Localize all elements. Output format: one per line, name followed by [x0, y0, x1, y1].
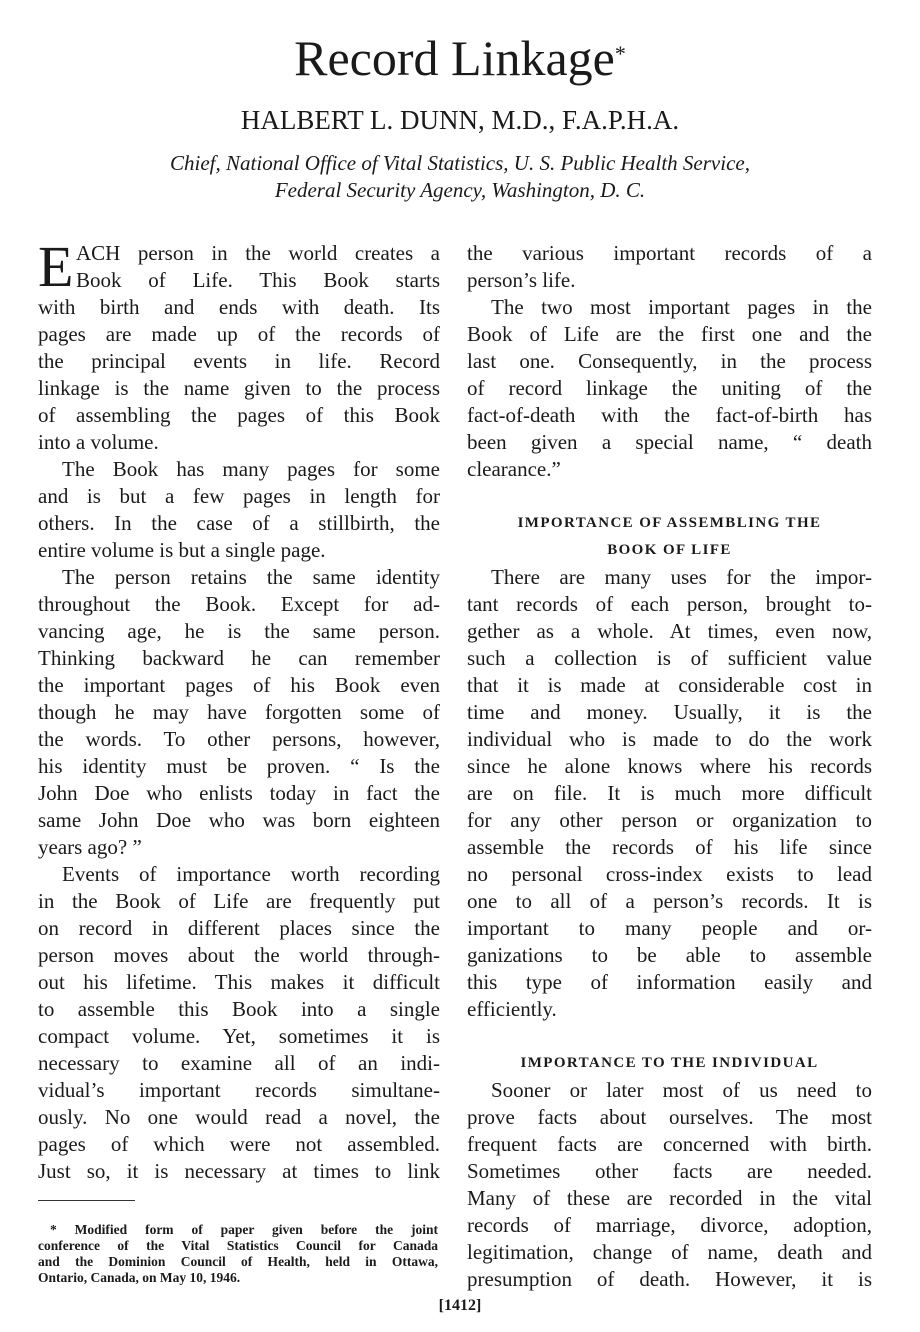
text-line: person moves about the world through-: [38, 942, 440, 969]
affiliation-line: Federal Security Agency, Washington, D. …: [0, 177, 920, 204]
affiliation: Chief, National Office of Vital Statisti…: [0, 150, 920, 204]
left-column: E ACH person in the world creates a Book…: [38, 240, 440, 1185]
text-line: years ago? ”: [38, 834, 440, 861]
text-line: Book of Life are the first one and the: [467, 321, 872, 348]
text-line: John Doe who enlists today in fact the: [38, 780, 440, 807]
text-line: efficiently.: [467, 996, 872, 1023]
footnote: * Modified form of paper given before th…: [38, 1222, 438, 1286]
text-line: Book of Life. This Book starts: [38, 267, 440, 294]
text-line: Sometimes other facts are needed.: [467, 1158, 872, 1185]
text-line: that it is made at considerable cost in: [467, 672, 872, 699]
text-line: The Book has many pages for some: [38, 456, 440, 483]
text-line: his identity must be proven. “ Is the: [38, 753, 440, 780]
text-line: assemble the records of his life since: [467, 834, 872, 861]
text-line: of record linkage the uniting of the: [467, 375, 872, 402]
text-line: entire volume is but a single page.: [38, 537, 440, 564]
text-line: The person retains the same identity: [38, 564, 440, 591]
text-line: been given a special name, “ death: [467, 429, 872, 456]
drop-cap: E: [38, 242, 73, 292]
text-line: pages of which were not assembled.: [38, 1131, 440, 1158]
text-line: gether as a whole. At times, even now,: [467, 618, 872, 645]
spacer: [467, 483, 872, 510]
text-line: compact volume. Yet, sometimes it is: [38, 1023, 440, 1050]
text-line: since he alone knows where his records: [467, 753, 872, 780]
text-line: fact-of-death with the fact-of-birth has: [467, 402, 872, 429]
text-line: Just so, it is necessary at times to lin…: [38, 1158, 440, 1185]
text-line: legitimation, change of name, death and: [467, 1239, 872, 1266]
text-line: for any other person or organization to: [467, 807, 872, 834]
text-line: records of marriage, divorce, adoption,: [467, 1212, 872, 1239]
text-line: frequent facts are concerned with birth.: [467, 1131, 872, 1158]
text-line: one to all of a person’s records. It is: [467, 888, 872, 915]
text-line: ously. No one would read a novel, the: [38, 1104, 440, 1131]
article-title: Record Linkage*: [0, 28, 920, 88]
text-line: throughout the Book. Except for ad-: [38, 591, 440, 618]
footnote-line: Ontario, Canada, on May 10, 1946.: [38, 1270, 438, 1286]
text-line: time and money. Usually, it is the: [467, 699, 872, 726]
footnote-marker: *: [615, 41, 626, 66]
text-line: with birth and ends with death. Its: [38, 294, 440, 321]
text-line: person’s life.: [467, 267, 872, 294]
text-line: of assembling the pages of this Book: [38, 402, 440, 429]
page-number: [1412]: [0, 1297, 920, 1315]
text-line: vidual’s important records simultane-: [38, 1077, 440, 1104]
text-line: others. In the case of a stillbirth, the: [38, 510, 440, 537]
text-line: clearance.”: [467, 456, 872, 483]
text-line: the words. To other persons, however,: [38, 726, 440, 753]
text-line: this type of information easily and: [467, 969, 872, 996]
text-line: vancing age, he is the same person.: [38, 618, 440, 645]
section-heading: BOOK OF LIFE: [467, 537, 872, 564]
section-heading: IMPORTANCE TO THE INDIVIDUAL: [467, 1050, 872, 1077]
footnote-line: * Modified form of paper given before th…: [38, 1222, 438, 1238]
text-line: same John Doe who was born eighteen: [38, 807, 440, 834]
text-line: into a volume.: [38, 429, 440, 456]
text-line: no personal cross-index exists to lead: [467, 861, 872, 888]
right-column: the various important records of a perso…: [467, 240, 872, 1293]
text-line: necessary to examine all of an indi-: [38, 1050, 440, 1077]
section-heading: IMPORTANCE OF ASSEMBLING THE: [467, 510, 872, 537]
text-line: on record in different places since the: [38, 915, 440, 942]
text-line: ganizations to be able to assemble: [467, 942, 872, 969]
text-line: and is but a few pages in length for: [38, 483, 440, 510]
text-line: individual who is made to do the work: [467, 726, 872, 753]
text-line: linkage is the name given to the process: [38, 375, 440, 402]
spacer: [467, 1023, 872, 1050]
text-line: presumption of death. However, it is: [467, 1266, 872, 1293]
footnote-line: and the Dominion Council of Health, held…: [38, 1254, 438, 1270]
text-line: though he may have forgotten some of: [38, 699, 440, 726]
text-line: to assemble this Book into a single: [38, 996, 440, 1023]
text-line: prove facts about ourselves. The most: [467, 1104, 872, 1131]
footnote-line: conference of the Vital Statistics Counc…: [38, 1238, 438, 1254]
text-line: in the Book of Life are frequently put: [38, 888, 440, 915]
text-line: such a collection is of sufficient value: [467, 645, 872, 672]
text-line: the important pages of his Book even: [38, 672, 440, 699]
text-line: Events of importance worth recording: [38, 861, 440, 888]
author-line: HALBERT L. DUNN, M.D., F.A.P.H.A.: [0, 104, 920, 136]
affiliation-line: Chief, National Office of Vital Statisti…: [0, 150, 920, 177]
text-line: Many of these are recorded in the vital: [467, 1185, 872, 1212]
text-line: the various important records of a: [467, 240, 872, 267]
text-line: are on file. It is much more difficult: [467, 780, 872, 807]
text-line: out his lifetime. This makes it difficul…: [38, 969, 440, 996]
title-text: Record Linkage: [294, 30, 615, 86]
text-line: last one. Consequently, in the process: [467, 348, 872, 375]
text-line: There are many uses for the impor-: [467, 564, 872, 591]
text-line: Sooner or later most of us need to: [467, 1077, 872, 1104]
text-line: Thinking backward he can remember: [38, 645, 440, 672]
text-line: pages are made up of the records of: [38, 321, 440, 348]
text-line: The two most important pages in the: [467, 294, 872, 321]
text-line: important to many people and or-: [467, 915, 872, 942]
text-line: ACH person in the world creates a: [38, 240, 440, 267]
footnote-divider: [38, 1200, 135, 1201]
text-line: the principal events in life. Record: [38, 348, 440, 375]
text-line: tant records of each person, brought to-: [467, 591, 872, 618]
